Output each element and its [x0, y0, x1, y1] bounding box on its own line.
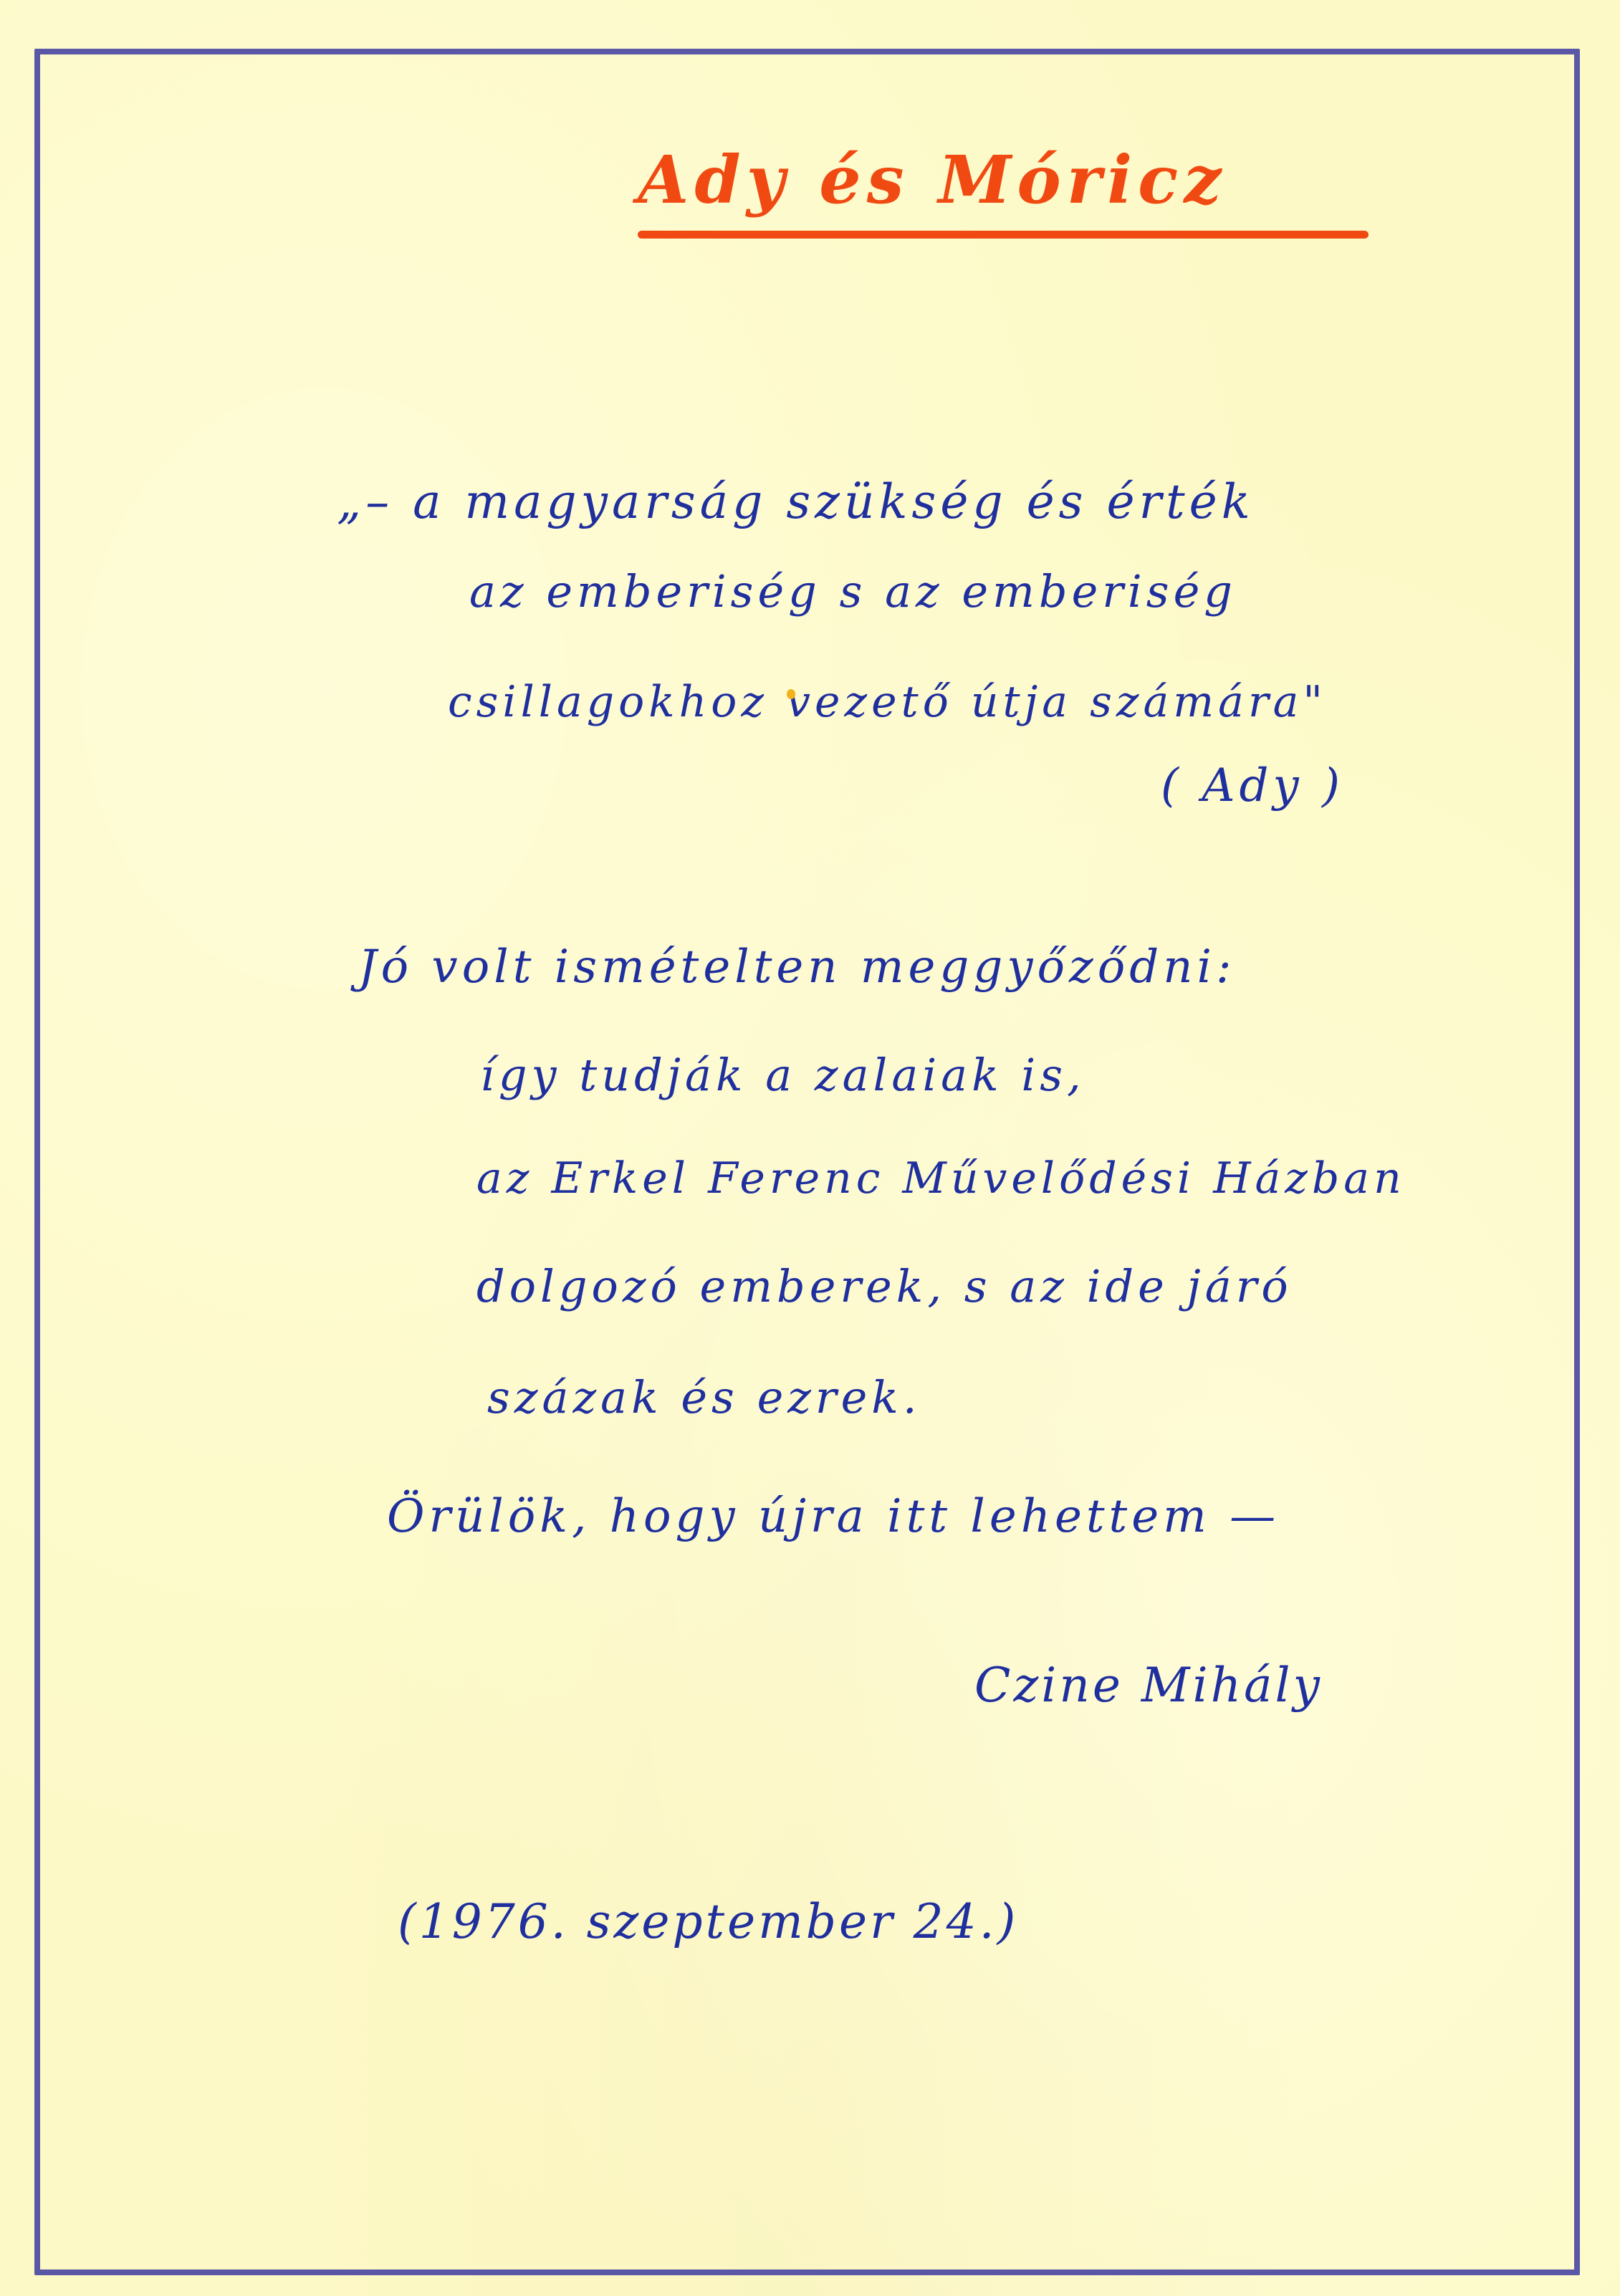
- quote-attribution: ( Ady ): [1161, 763, 1344, 809]
- document-title: Ady és Móricz: [638, 147, 1227, 213]
- body-line: dolgozó emberek, s az ide járó: [476, 1264, 1293, 1309]
- title-underline: [638, 231, 1369, 239]
- body-line: Örülök, hogy újra itt lehettem —: [387, 1494, 1280, 1540]
- quote-line: „– a magyarság szükség és érték: [337, 479, 1255, 526]
- signature: Czine Mihály: [974, 1662, 1323, 1709]
- body-line: az Erkel Ferenc Művelődési Házban: [476, 1157, 1406, 1200]
- ink-spot: [787, 689, 795, 699]
- body-line: Jó volt ismételten meggyőződni:: [358, 944, 1236, 990]
- body-line: százak és ezrek.: [487, 1375, 921, 1420]
- quote-line: csillagokhoz vezető útja számára": [448, 681, 1327, 724]
- date: (1976. szeptember 24.): [398, 1898, 1018, 1946]
- quote-line: az emberiség s az emberiség: [469, 570, 1237, 614]
- body-line: így tudják a zalaiak is,: [480, 1053, 1085, 1097]
